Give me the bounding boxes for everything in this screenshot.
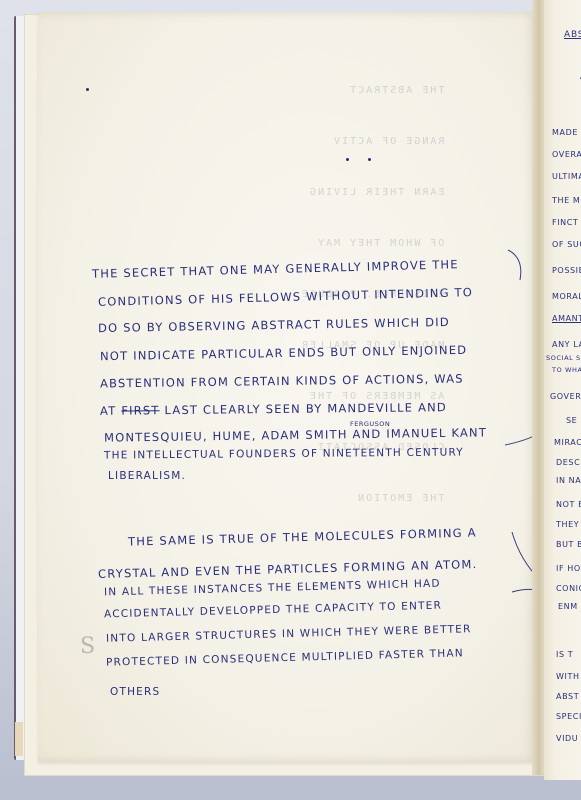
right-page-line: OF SUC [552,240,581,249]
right-page-line: ULTIMAT [552,172,581,181]
right-page: ABST T MADE T OVERALL ULTIMAT THE MORA F… [544,0,581,780]
right-page-line: MORAL [552,292,581,301]
right-page-line: OVERALL [552,150,581,159]
right-page-line: IS T [556,650,573,659]
right-page-line: MADE T [552,128,581,137]
right-page-line: SOCIAL SCIE [546,354,581,362]
right-page-line: VIDU [556,734,578,743]
right-page-line: BUT B [556,540,581,549]
right-page-line: THEY [556,520,579,529]
text-line: LIBERALISM. [108,470,186,482]
right-page-line: FINCT [552,218,578,227]
struck-word: FIRST [121,403,159,417]
right-page-line: ANY LA [552,340,581,349]
right-page-line: IF HO [556,564,581,573]
text-word: AT [100,404,117,418]
ink-dot [346,158,349,161]
ghost-line: EARN THEIR LIVING [300,184,444,201]
right-page-line: THE MORA [552,196,581,205]
right-page-line: MIRACL [554,438,581,447]
cover-tab [15,722,23,756]
right-page-line: SE [566,416,577,425]
ghost-line: THE ABSTRACT [300,82,444,99]
right-page-line: AMANTE [552,314,581,323]
right-page-line: POSSIBL [552,266,581,275]
ghost-line: OF WHOM THEY MAY [300,235,444,252]
ink-dot [86,88,89,91]
right-page-line: NOT B [556,500,581,509]
right-page-line: WITH [556,672,580,681]
ghost-line: THE EMOTION [300,490,444,507]
ink-dot [368,158,371,161]
right-page-line: SPECI [556,712,581,721]
right-page-line: TO WHA [552,366,581,374]
right-page-line: GOVERN [550,392,581,401]
right-page-line: ENM [558,602,578,611]
right-page-line: DESCRI [556,458,581,467]
right-page-line: CONIC [556,584,581,593]
right-page-line: ABST [556,692,579,701]
right-page-line: IN NA [556,476,581,485]
margin-mark: S [80,634,95,659]
text-line: OTHERS [110,686,160,698]
right-page-title: ABST [564,30,581,40]
text-rest: LAST CLEARLY SEEN BY MANDEVILLE AND [164,400,447,417]
ghost-line: RANGE OF ACTIV [300,133,444,150]
